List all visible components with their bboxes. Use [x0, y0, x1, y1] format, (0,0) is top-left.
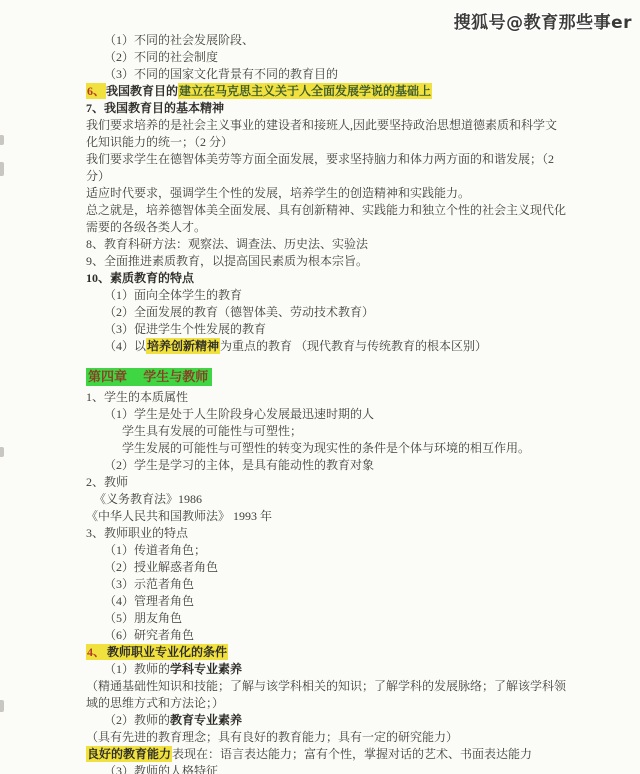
doc-line: （4）以培养创新精神为重点的教育 （现代教育与传统教育的根本区别） — [86, 338, 586, 355]
doc-line: 第四章 学生与教师 — [86, 368, 586, 386]
text-segment: （4）以 — [104, 339, 146, 353]
sohu-watermark: 搜狐号@教育那些事er — [454, 8, 632, 33]
text-segment: 2、教师 — [86, 475, 128, 489]
doc-line: （精通基础性知识和技能；了解与该学科相关的知识；了解学科的发展脉络；了解该学科领 — [86, 678, 586, 695]
doc-line: （1）传道者角色； — [86, 542, 586, 559]
doc-line: （4）管理者角色 — [86, 593, 586, 610]
text-segment: （1）不同的社会发展阶段、 — [104, 33, 254, 47]
doc-line: （3）不同的国家文化背景有不同的教育目的 — [86, 66, 586, 83]
doc-line: 适应时代要求，强调学生个性的发展，培养学生的创造精神和实践能力。 — [86, 185, 586, 202]
doc-line: 2、教师 — [86, 474, 586, 491]
text-segment: （具有先进的教育理念；具有良好的教育能力；具有一定的研究能力） — [86, 730, 458, 744]
doc-line: （3）促进学生个性发展的教育 — [86, 321, 586, 338]
text-segment: 8、教育科研方法：观察法、调查法、历史法、实验法 — [86, 237, 368, 251]
text-segment: 学生具有发展的可能性与可塑性； — [122, 424, 302, 438]
doc-line: 良好的教育能力表现在：语言表达能力；富有个性，掌握对话的艺术、书面表达能力 — [86, 746, 586, 763]
text-segment: 我国教育目的 — [106, 84, 178, 98]
doc-line: 9、全面推进素质教育，以提高国民素质为根本宗旨。 — [86, 253, 586, 270]
text-segment: （2）学生是学习的主体，是具有能动性的教育对象 — [104, 458, 374, 472]
doc-line: 《义务教育法》1986 — [86, 491, 586, 508]
text-segment: （精通基础性知识和技能；了解与该学科相关的知识；了解学科的发展脉络；了解该学科领 — [86, 679, 566, 693]
doc-line: 1、学生的本质属性 — [86, 389, 586, 406]
doc-line: （5）朋友角色 — [86, 610, 586, 627]
doc-line: 我们要求培养的是社会主义事业的建设者和接班人,因此要坚持政治思想道德素质和科学文 — [86, 117, 586, 134]
text-segment: 分） — [86, 169, 110, 183]
text-segment: （1）传道者角色； — [104, 543, 206, 557]
doc-line: 《中华人民共和国教师法》 1993 年 — [86, 508, 586, 525]
doc-line: 3、教师职业的特点 — [86, 525, 586, 542]
text-segment: 3、教师职业的特点 — [86, 526, 188, 540]
doc-line: （2）教师的教育专业素养 — [86, 712, 586, 729]
text-segment: 6、 — [86, 83, 106, 99]
text-segment: （2）全面发展的教育（德智体美、劳动技术教育） — [104, 305, 374, 319]
text-segment: （3）示范者角色 — [104, 577, 194, 591]
doc-line: 4、教师职业专业化的条件 — [86, 644, 586, 661]
scan-artifact — [0, 447, 4, 457]
scan-artifact — [0, 162, 4, 176]
text-segment: （6）研究者角色 — [104, 628, 194, 642]
text-segment: （2）不同的社会制度 — [104, 50, 218, 64]
text-segment: 表现在：语言表达能力；富有个性，掌握对话的艺术、书面表达能力 — [172, 747, 532, 761]
text-segment: 《义务教育法》1986 — [94, 492, 202, 506]
doc-line: （2）全面发展的教育（德智体美、劳动技术教育） — [86, 304, 586, 321]
doc-line: （2）不同的社会制度 — [86, 49, 586, 66]
doc-line: （具有先进的教育理念；具有良好的教育能力；具有一定的研究能力） — [86, 729, 586, 746]
doc-line: （6）研究者角色 — [86, 627, 586, 644]
text-segment: 良好的教育能力 — [86, 746, 172, 762]
text-segment: 总之就是，培养德智体美全面发展、具有创新精神、实践能力和独立个性的社会主义现代化 — [86, 203, 566, 217]
scanned-notes-screenshot: { "watermark": { "text": "搜狐号@教育那些事er" }… — [0, 0, 640, 774]
text-segment: 化知识能力的统一；（2 分） — [86, 135, 233, 149]
doc-line: 学生发展的可能性与可塑性的转变为现实性的条件是个体与环境的相互作用。 — [86, 440, 586, 457]
doc-line: 化知识能力的统一；（2 分） — [86, 134, 586, 151]
doc-line: （1）教师的学科专业素养 — [86, 661, 586, 678]
text-segment: （2）授业解惑者角色 — [104, 560, 218, 574]
doc-line: （1）学生是处于人生阶段身心发展最迅速时期的人 — [86, 406, 586, 423]
text-segment: 建立在马克思主义关于人全面发展学说的基础上 — [178, 83, 432, 99]
doc-line: （3）示范者角色 — [86, 576, 586, 593]
text-segment: 教师职业专业化的条件 — [106, 644, 228, 660]
doc-line: 10、素质教育的特点 — [86, 270, 586, 287]
doc-line: （1）面向全体学生的教育 — [86, 287, 586, 304]
doc-line: （2）学生是学习的主体，是具有能动性的教育对象 — [86, 457, 586, 474]
text-segment: 适应时代要求，强调学生个性的发展，培养学生的创造精神和实践能力。 — [86, 186, 470, 200]
text-segment: 4、 — [86, 644, 106, 660]
text-segment: 第四章 学生与教师 — [86, 368, 212, 386]
text-segment: 需要的各级各类人才。 — [86, 220, 206, 234]
text-segment: 教育专业素养 — [170, 713, 242, 727]
doc-page: （1）不同的社会发展阶段、（2）不同的社会制度（3）不同的国家文化背景有不同的教… — [86, 32, 586, 774]
text-segment: 9、全面推进素质教育，以提高国民素质为根本宗旨。 — [86, 254, 368, 268]
text-segment: 7、我国教育目的基本精神 — [86, 101, 224, 115]
doc-line: （1）不同的社会发展阶段、 — [86, 32, 586, 49]
text-segment: （4）管理者角色 — [104, 594, 194, 608]
text-segment: （2）教师的 — [104, 713, 170, 727]
doc-line: 6、我国教育目的建立在马克思主义关于人全面发展学说的基础上 — [86, 83, 586, 100]
doc-line: 域的思维方式和方法论；） — [86, 695, 586, 712]
text-segment: 我们要求学生在德智体美劳等方面全面发展，要求坚持脑力和体力两方面的和谐发展；（2 — [86, 152, 554, 166]
text-segment: （1）学生是处于人生阶段身心发展最迅速时期的人 — [104, 407, 374, 421]
text-segment: 培养创新精神 — [146, 338, 220, 354]
doc-line: （2）授业解惑者角色 — [86, 559, 586, 576]
text-segment: 学科专业素养 — [170, 662, 242, 676]
doc-line: 8、教育科研方法：观察法、调查法、历史法、实验法 — [86, 236, 586, 253]
text-segment: 《中华人民共和国教师法》 1993 年 — [86, 509, 272, 523]
text-segment: 1、学生的本质属性 — [86, 390, 188, 404]
text-segment: （3）促进学生个性发展的教育 — [104, 322, 266, 336]
doc-line: 需要的各级各类人才。 — [86, 219, 586, 236]
text-segment: 为重点的教育 （现代教育与传统教育的根本区别） — [220, 339, 487, 353]
text-segment: 学生发展的可能性与可塑性的转变为现实性的条件是个体与环境的相互作用。 — [122, 441, 530, 455]
doc-line: 总之就是，培养德智体美全面发展、具有创新精神、实践能力和独立个性的社会主义现代化 — [86, 202, 586, 219]
text-segment: （5）朋友角色 — [104, 611, 182, 625]
text-segment: （1）面向全体学生的教育 — [104, 288, 242, 302]
doc-line: 分） — [86, 168, 586, 185]
doc-line: 我们要求学生在德智体美劳等方面全面发展，要求坚持脑力和体力两方面的和谐发展；（2 — [86, 151, 586, 168]
doc-line: 7、我国教育目的基本精神 — [86, 100, 586, 117]
text-segment: （3）不同的国家文化背景有不同的教育目的 — [104, 67, 338, 81]
text-segment: 域的思维方式和方法论；） — [86, 696, 224, 710]
text-segment: 10、素质教育的特点 — [86, 271, 194, 285]
doc-line: 学生具有发展的可能性与可塑性； — [86, 423, 586, 440]
scan-artifact — [0, 700, 4, 712]
text-segment: 我们要求培养的是社会主义事业的建设者和接班人,因此要坚持政治思想道德素质和科学文 — [86, 118, 557, 132]
doc-line: （3）教师的人格特征 — [86, 763, 586, 774]
text-segment: （3）教师的人格特征 — [104, 764, 218, 774]
scan-artifact — [0, 135, 4, 145]
text-segment: （1）教师的 — [104, 662, 170, 676]
